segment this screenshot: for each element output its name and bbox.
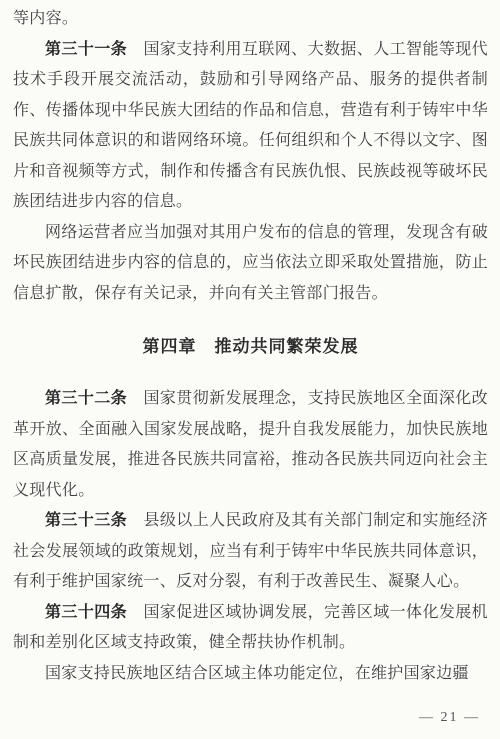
paragraph-text: 国家支持民族地区结合区域主体功能定位，在维护国家边疆 xyxy=(45,665,469,682)
article-32-paragraph: 第三十二条 国家贯彻新发展理念，支持民族地区全面深化改革开放、全面融入国家发展战… xyxy=(13,384,488,506)
article-33-paragraph: 第三十三条 县级以上人民政府及其有关部门制定和实施经济社会发展领域的政策规划，应… xyxy=(13,506,488,598)
border-regions-paragraph: 国家支持民族地区结合区域主体功能定位，在维护国家边疆 xyxy=(13,659,488,690)
article-34-paragraph: 第三十四条 国家促进区域协调发展，完善区域一体化发展机制和差别化区域支持政策，健… xyxy=(13,598,488,659)
article-32-number-label: 第三十二条 xyxy=(45,390,143,407)
article-34-number-label: 第三十四条 xyxy=(45,604,143,621)
paragraph-continuation: 等内容。 xyxy=(13,4,488,35)
page-number: — 21 — xyxy=(419,710,480,726)
chapter-4-heading: 第四章 推动共同繁荣发展 xyxy=(13,331,488,362)
article-33-number-label: 第三十三条 xyxy=(45,512,143,529)
network-operators-paragraph: 网络运营者应当加强对其用户发布的信息的管理，发现含有破坏民族团结进步内容的信息的… xyxy=(13,218,488,310)
document-page: 等内容。 第三十一条 国家支持利用互联网、大数据、人工智能等现代技术手段开展交流… xyxy=(0,0,500,739)
paragraph-text: 网络运营者应当加强对其用户发布的信息的管理，发现含有破坏民族团结进步内容的信息的… xyxy=(13,224,488,302)
article-31-paragraph: 第三十一条 国家支持利用互联网、大数据、人工智能等现代技术手段开展交流活动，鼓励… xyxy=(13,35,488,218)
paragraph-text: 等内容。 xyxy=(13,10,78,27)
paragraph-text: 国家支持利用互联网、大数据、人工智能等现代技术手段开展交流活动，鼓励和引导网络产… xyxy=(13,41,488,211)
article-31-number-label: 第三十一条 xyxy=(45,41,143,58)
